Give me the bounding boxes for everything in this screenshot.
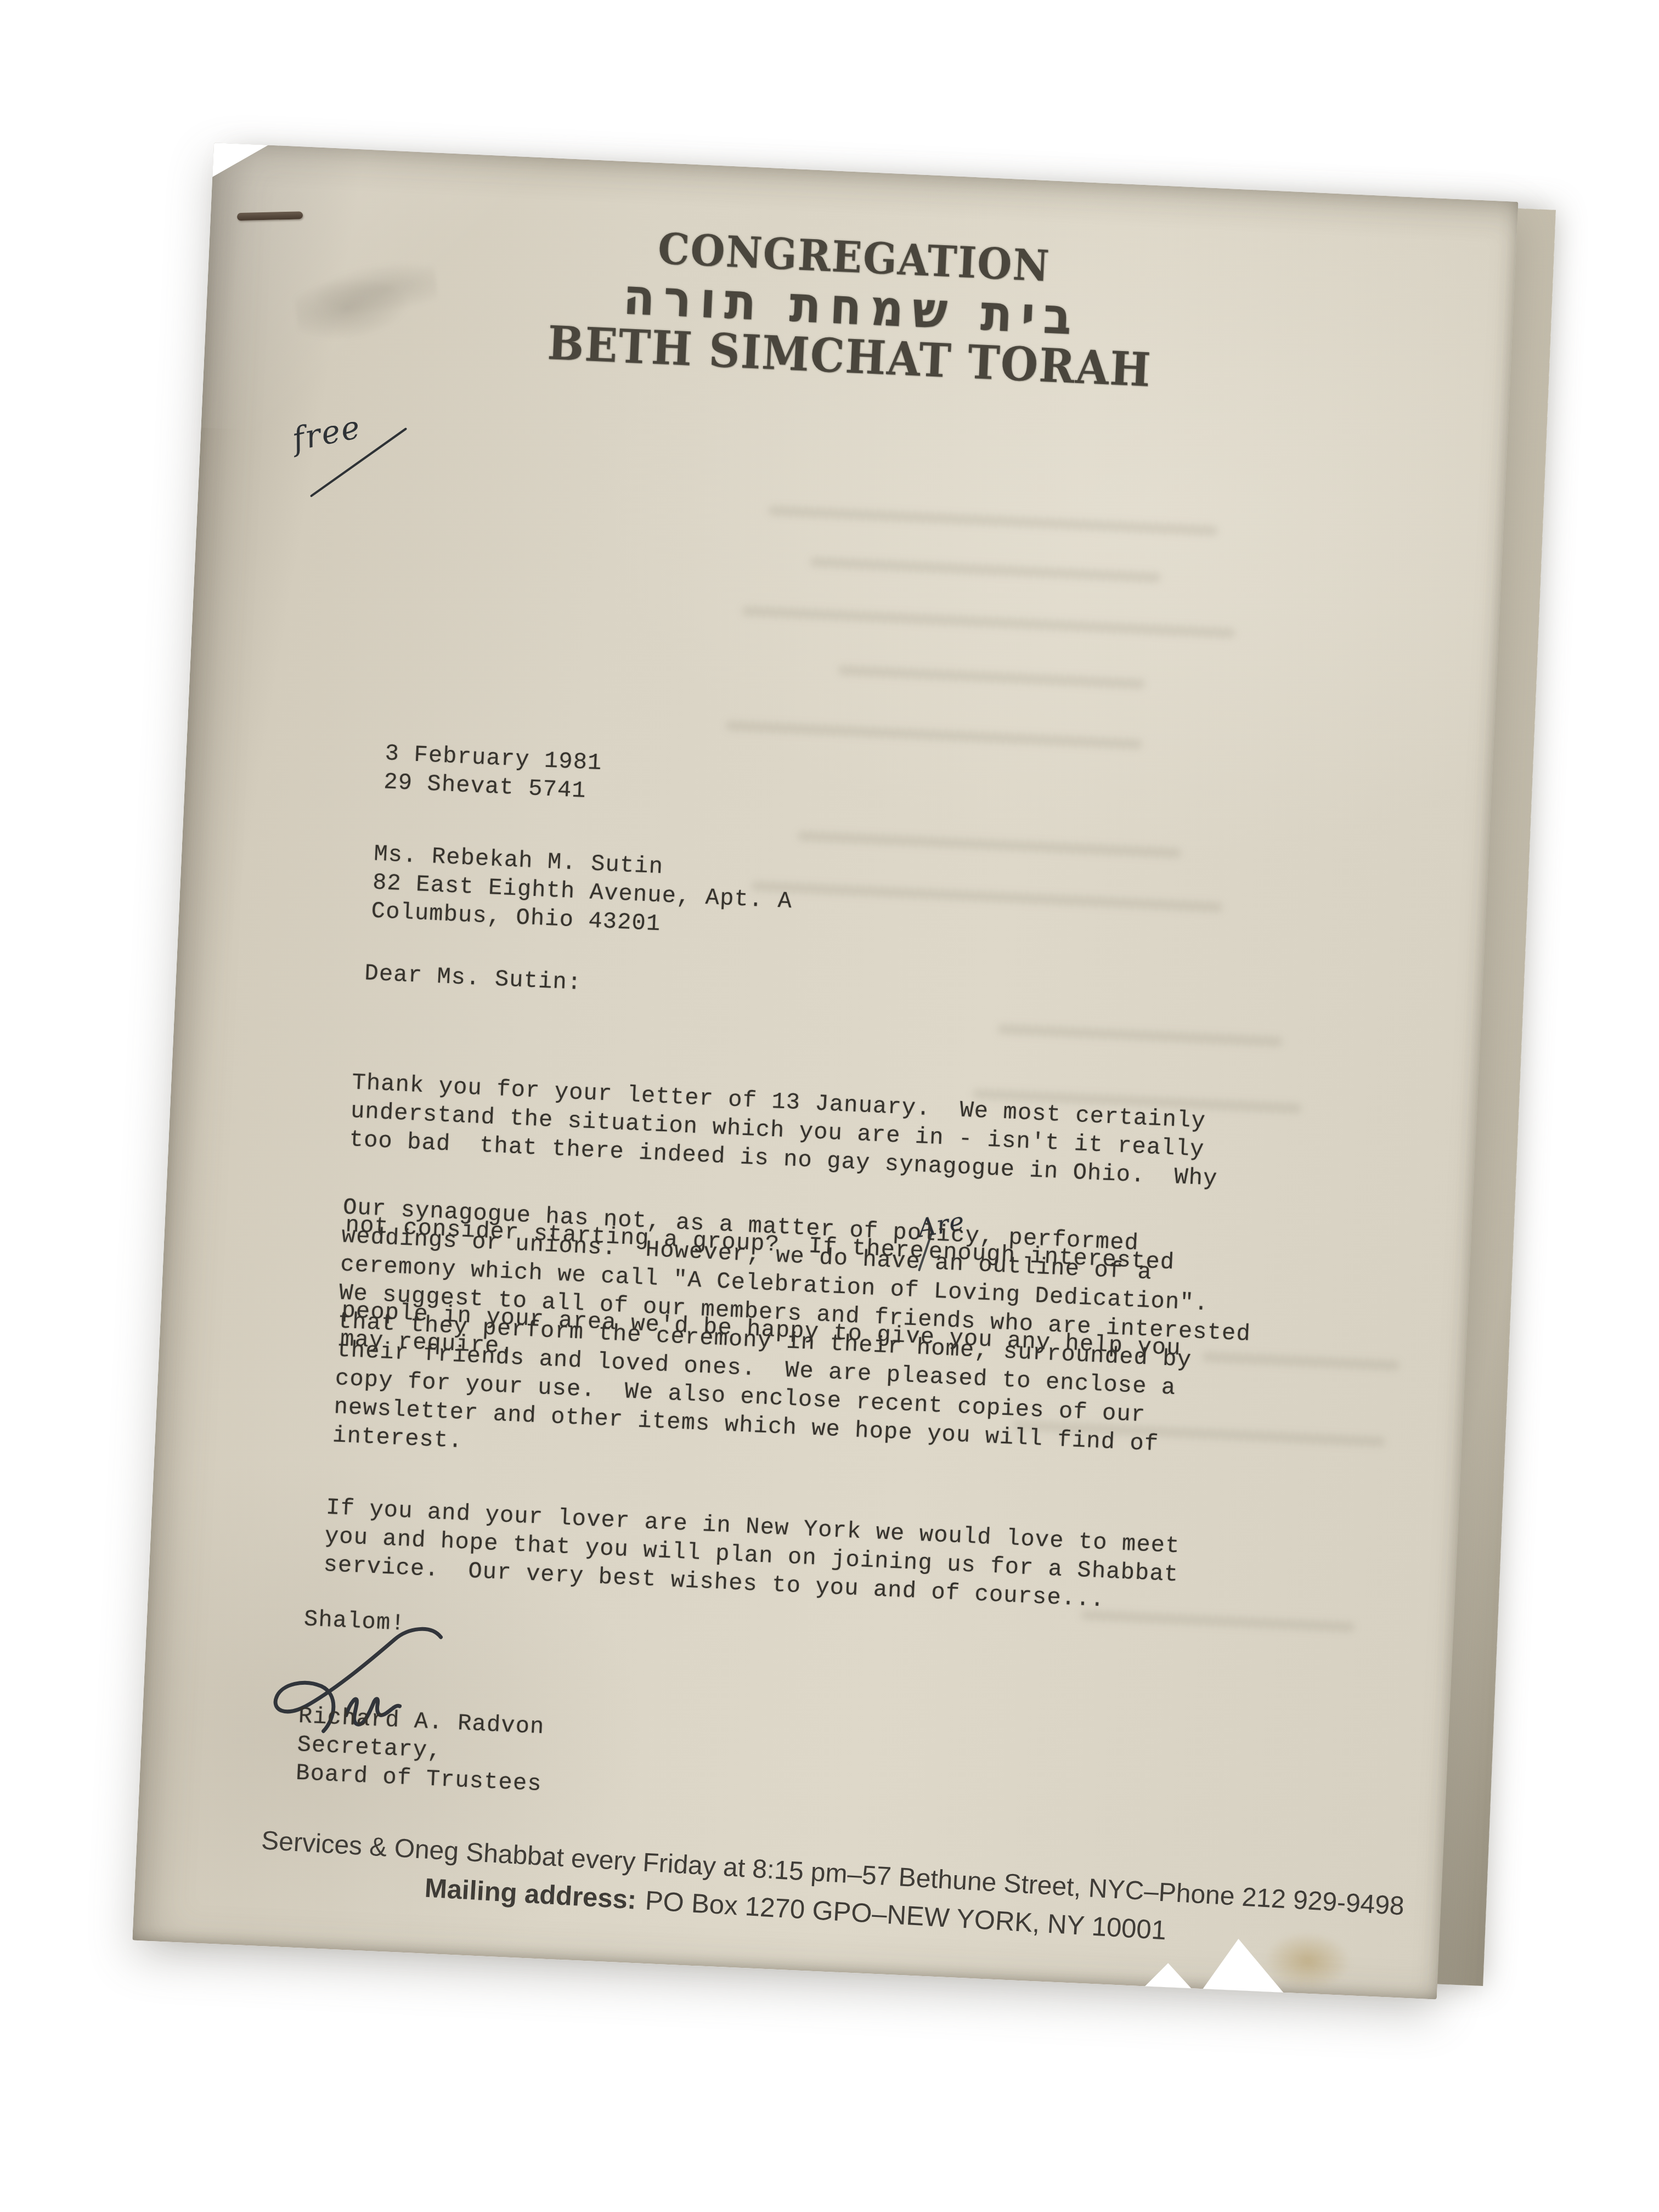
paper-tear-large	[1202, 1937, 1286, 1994]
letter-paper: CONGREGATION בית שמחת תורה BETH SIMCHAT …	[132, 143, 1518, 2000]
bleed-through-line	[768, 506, 1218, 536]
bleed-through-line	[838, 665, 1145, 689]
printed-footer: Services & Oneg Shabbat every Friday at …	[134, 1826, 1442, 1955]
body-paragraph-2: Our synagogue has not, as a matter of po…	[332, 1193, 1255, 1491]
bleed-through-line	[742, 606, 1235, 639]
paper-tear-small	[1144, 1962, 1193, 1989]
paper-corner-cut	[211, 143, 270, 180]
date-block: 3 February 1981 29 Shevat 5741	[383, 739, 602, 806]
bleed-through-line	[751, 881, 1223, 912]
footer-mailing-label: Mailing address:	[424, 1873, 637, 1915]
recipient-address: Ms. Rebekah M. Sutin 82 East Eighth Aven…	[371, 840, 794, 945]
bleed-through-line	[810, 557, 1161, 583]
bleed-through-line	[797, 831, 1181, 859]
bleed-through-line	[725, 720, 1142, 749]
salutation: Dear Ms. Sutin:	[364, 959, 582, 997]
photo-background: CONGREGATION בית שמחת תורה BETH SIMCHAT …	[0, 0, 1659, 2212]
body-paragraph-3: If you and your lover are in New York we…	[323, 1493, 1180, 1618]
signature-block: Richard A. Radvon Secretary, Board of Tr…	[295, 1702, 545, 1798]
paragraph-1-top-lines: Thank you for your letter of 13 January.…	[349, 1068, 1221, 1193]
